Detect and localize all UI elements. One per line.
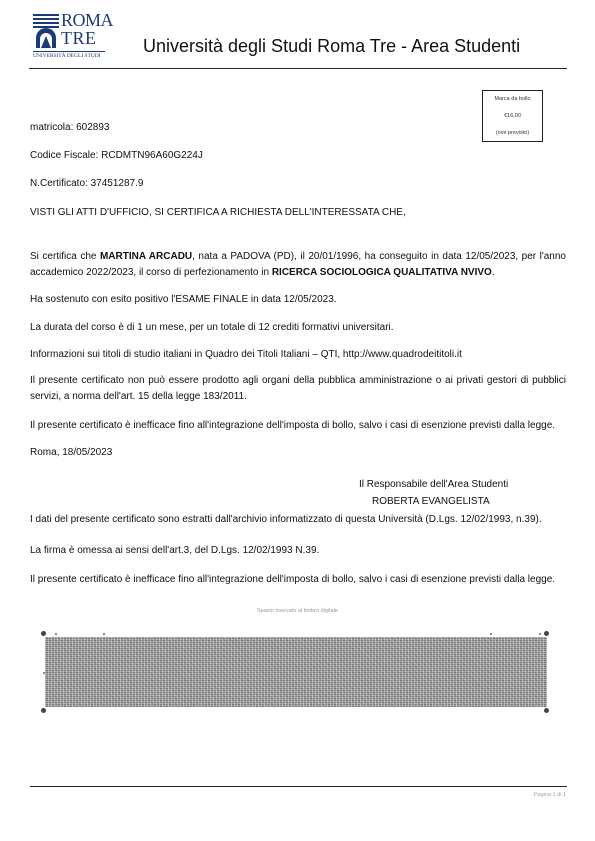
certificate-number: N.Certificato: 37451287.9: [30, 178, 143, 190]
page-number: Pagina 1 di 1: [534, 792, 566, 798]
digital-stamp-barcode: [45, 637, 547, 707]
revenue-stamp-box: Marca da bollo €16,00 (ove previsto): [482, 90, 543, 142]
signatory-name: ROBERTA EVANGELISTA: [372, 496, 490, 507]
logo-tre: TRE: [61, 29, 97, 47]
stamp-amount: €16,00: [483, 113, 542, 119]
logo-emblem: [33, 14, 59, 48]
place-date: Roma, 18/05/2023: [30, 447, 112, 459]
student-name: MARTINA ARCADU: [100, 251, 192, 262]
signatory-role: Il Responsabile dell'Area Studenti: [359, 479, 508, 490]
logo-subtitle: UNIVERSITÀ DEGLI STUDI: [33, 51, 105, 59]
registration-dot-icon: [103, 633, 105, 635]
stamp-note: (ove previsto): [483, 130, 542, 136]
stamp-label: Marca da bollo: [483, 96, 542, 102]
registration-dot-icon: [490, 633, 492, 635]
registration-mark-icon: [544, 631, 549, 636]
course-name: RICERCA SOCIOLOGICA QUALITATIVA NVIVO: [272, 267, 492, 278]
usage-restriction: Il presente certificato non può essere p…: [30, 373, 566, 405]
stamp-duty-notice: Il presente certificato è inefficace fin…: [30, 420, 555, 432]
registration-dot-icon: [539, 633, 541, 635]
registration-mark-icon: [544, 708, 549, 713]
logo-roma: ROMA: [61, 11, 113, 29]
registration-mark-icon: [41, 631, 46, 636]
header-divider: [29, 68, 567, 69]
preamble: VISTI GLI ATTI D'UFFICIO, SI CERTIFICA A…: [30, 207, 406, 219]
university-logo: ROMA TRE UNIVERSITÀ DEGLI STUDI: [33, 14, 105, 60]
signature-omitted-note: La firma è omessa ai sensi dell'art.3, d…: [30, 545, 319, 557]
codice-fiscale: Codice Fiscale: RCDMTN96A60G224J: [30, 150, 203, 162]
data-source-note: I dati del presente certificato sono est…: [30, 514, 542, 526]
footer-divider: [30, 786, 567, 787]
stamp-duty-notice-2: Il presente certificato è inefficace fin…: [30, 574, 555, 586]
page-title: Università degli Studi Roma Tre - Area S…: [143, 36, 520, 57]
registration-dot-icon: [55, 633, 57, 635]
matricola: matricola: 602893: [30, 122, 110, 134]
course-duration: La durata del corso è di 1 un mese, per …: [30, 322, 394, 334]
digital-stamp-label: Spazio riservato al timbro digitale: [0, 608, 595, 614]
qti-info: Informazioni sui titoli di studio italia…: [30, 349, 462, 361]
registration-mark-icon: [41, 708, 46, 713]
final-exam: Ha sostenuto con esito positivo l'ESAME …: [30, 294, 337, 306]
certification-statement: Si certifica che MARTINA ARCADU, nata a …: [30, 249, 566, 281]
